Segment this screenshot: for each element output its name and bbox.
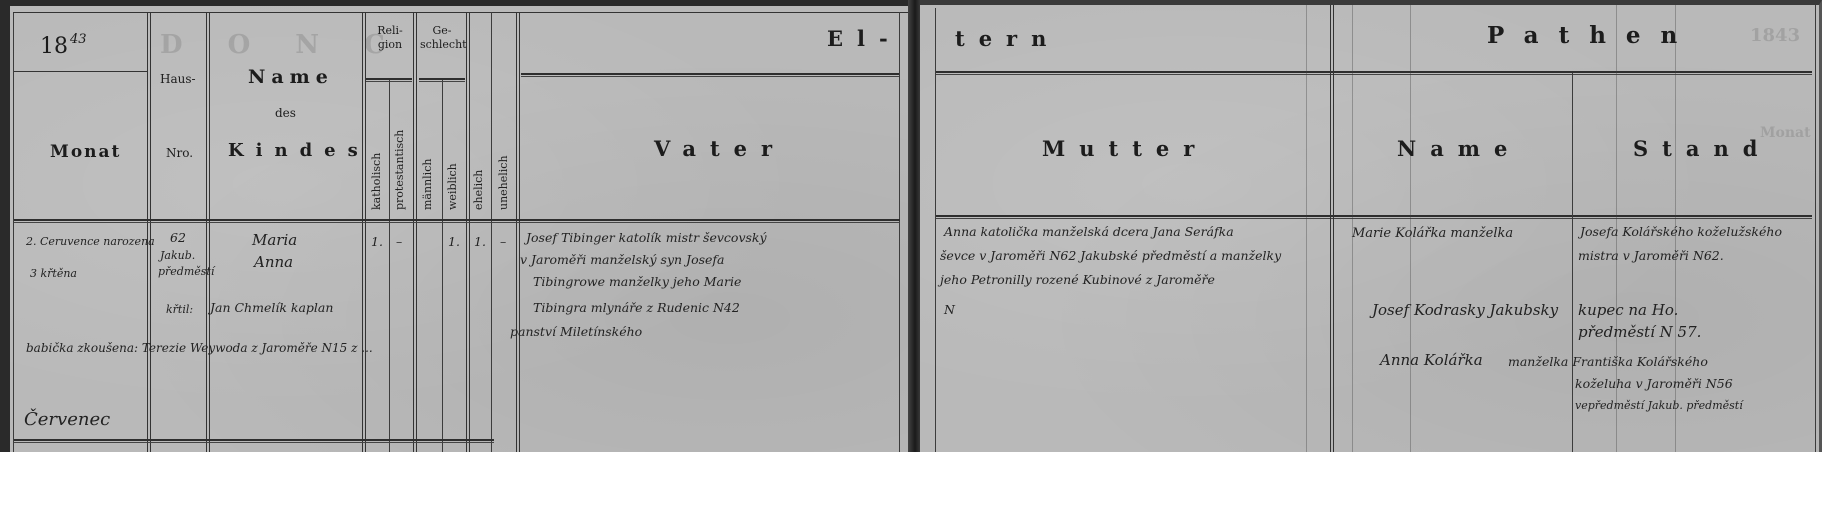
entry-godparent-3-name: Anna Kolářka (1380, 350, 1483, 370)
header-godparent-status: Stand (1633, 136, 1771, 161)
header-mother: Mutter (1042, 136, 1208, 161)
entry-godparent-2-name: Josef Kodrasky Jakubsky (1372, 300, 1558, 320)
entry-baptism-line: 3 křtěna (30, 264, 77, 284)
entry-godparent-3-status: vepředměstí Jakub. předměstí (1575, 396, 1743, 416)
entry-catholic: 1. (371, 232, 383, 252)
rule (466, 12, 470, 452)
entry-protestant: – (396, 232, 402, 252)
rule (1330, 5, 1334, 452)
rule (1306, 5, 1307, 452)
entry-mother-line: ševce v Jaroměři N62 Jakubské předměstí … (940, 246, 1281, 266)
rule (899, 12, 900, 452)
entry-month-footer: Červenec (24, 410, 110, 430)
entry-father-line: panství Miletínského (510, 322, 642, 342)
entry-midwife: babička zkoušena: Terezie Weywoda z Jaro… (26, 338, 373, 358)
rule (413, 12, 417, 452)
entry-father-line: v Jaroměři manželský syn Josefa (520, 250, 725, 270)
rule (419, 78, 465, 82)
rule (206, 12, 210, 452)
bleed-through: 1843 (1750, 25, 1800, 46)
rule (936, 71, 1812, 75)
entry-mother-line: N (944, 300, 955, 320)
rule (442, 80, 443, 452)
rule (366, 78, 412, 82)
entry-baptized-by-label: křtil: (166, 300, 193, 320)
entry-child-second-name: Anna (254, 252, 293, 272)
year-label: 1843 (40, 32, 87, 59)
rule (14, 219, 900, 223)
entry-mother-line: jeho Petronilly rozené Kubinové z Jaromě… (940, 270, 1215, 290)
header-child-name-3: Kindes (228, 140, 370, 161)
entry-godparent-1-name: Marie Kolářka manželka (1352, 224, 1513, 244)
entry-child-first-name: Maria (252, 230, 297, 250)
header-parents-right: tern (955, 26, 1060, 51)
entry-father-line: Tibingrowe manželky jeho Marie (533, 272, 741, 292)
bleed-through: D O N C (160, 30, 403, 60)
entry-legitimate: 1. (474, 232, 486, 252)
header-godparents: Pathen (1487, 22, 1697, 49)
header-parents-left: El- (827, 26, 902, 51)
header-father: Vater (654, 136, 786, 161)
header-house-top: Haus- (160, 72, 196, 86)
entry-father-line: Tibingra mlynáře z Rudenic N42 (533, 298, 740, 318)
header-male: männlich (421, 159, 434, 210)
entry-godparent-2-status: předměstí N 57. (1578, 322, 1701, 342)
entry-godparent-1-status: Josefa Kolářského koželužského (1580, 222, 1782, 242)
rule (1572, 73, 1573, 452)
header-child-name-1: Name (248, 66, 334, 88)
header-godparent-name: Name (1397, 136, 1521, 161)
rule (14, 439, 494, 443)
header-child-name-2: des (275, 106, 296, 120)
rule (936, 215, 1812, 219)
entry-godparent-2-status: kupec na Ho. (1578, 300, 1678, 320)
register-scan: D O N C 1843 Monat 1843 Monat Haus- Nro.… (0, 0, 1822, 452)
entry-female: 1. (448, 232, 460, 252)
entry-mother-line: Anna katolička manželská dcera Jana Será… (944, 222, 1234, 242)
header-religion: Reli- gion (370, 24, 410, 52)
header-illegitimate: unehelich (497, 155, 510, 210)
entry-godparent-3-status: koželuha v Jaroměři N56 (1575, 374, 1733, 394)
rule (389, 80, 390, 452)
rule (521, 73, 899, 77)
rule (14, 71, 147, 72)
entry-house-no: 62 (170, 228, 186, 248)
header-legitimate: ehelich (472, 170, 485, 210)
entry-baptized-by: Jan Chmelík kaplan (210, 298, 333, 318)
header-sex: Ge- schlecht (420, 24, 464, 52)
header-protestant: protestantisch (393, 130, 406, 210)
left-page (0, 0, 910, 452)
rule (13, 12, 14, 452)
rule (147, 12, 151, 452)
entry-birth-line: 2. Ceruvence narozena (26, 234, 155, 249)
header-month: Monat (50, 142, 121, 162)
entry-house-sub-2: předměstí (158, 262, 214, 282)
rule (491, 12, 492, 452)
entry-illegitimate: – (500, 232, 506, 252)
header-house-bottom: Nro. (166, 146, 193, 160)
entry-godparent-3-status: manželka Františka Kolářského (1508, 352, 1708, 372)
rule (1815, 5, 1816, 452)
rule (516, 12, 520, 452)
entry-godparent-1-status: mistra v Jaroměři N62. (1578, 246, 1724, 266)
header-catholic: katholisch (370, 153, 383, 210)
header-female: weiblich (446, 163, 459, 210)
entry-father-line: Josef Tibinger katolík mistr ševcovský (526, 228, 767, 248)
